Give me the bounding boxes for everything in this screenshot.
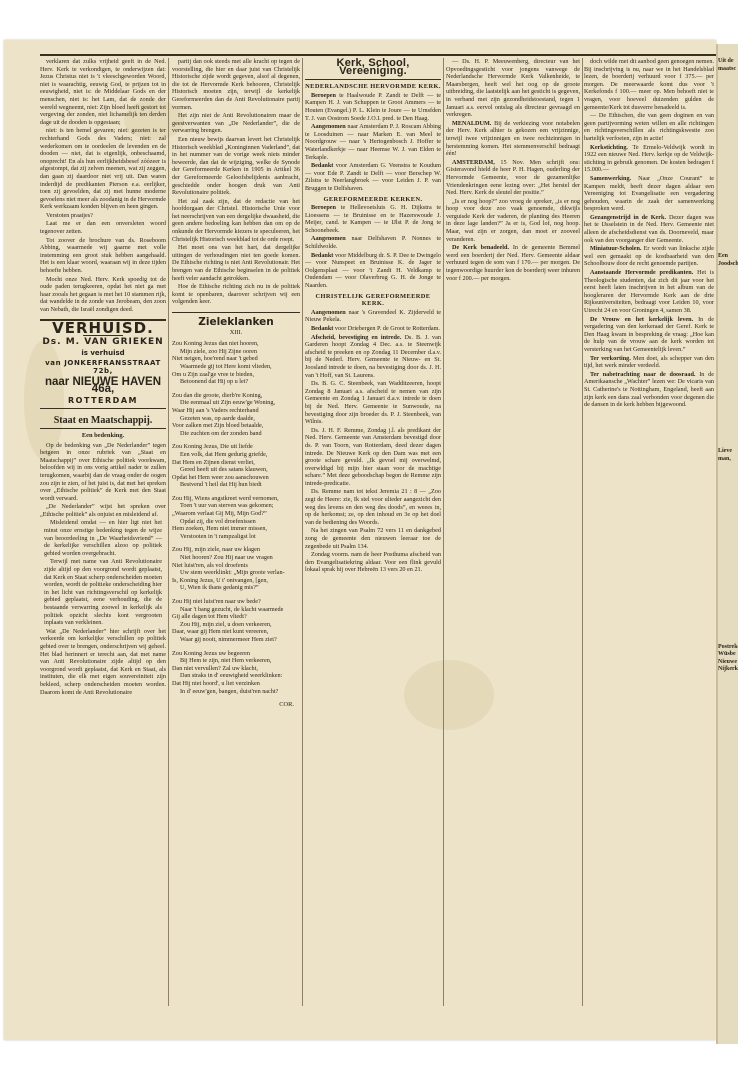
news-item: — Ds. H. P. Meeuwenberg, directeur van h… [446,58,580,119]
column-divider [443,58,444,1006]
poem-line: Naar 't bang gezucht, de klacht waarmede [172,606,300,614]
news-item-lead: Afscheid, bevestiging en intrede. [311,334,404,341]
poem-line: Gij alle dagen tot Hem vliedt? [172,613,300,621]
poem-stanza: Zou Hij niet luist'ren naar uw bede?Naar… [172,598,300,644]
news-item: Aangenomen naar Amsterdam P. J. Roscam A… [305,123,441,161]
poem-line: In d' eeuw'gen, bangen, duist'ren nacht? [172,688,300,696]
news-item-text: Ds. J. H. F. Remme, Zondag j.l. als pred… [305,427,441,487]
news-item-lead: Bedankt [311,162,336,169]
news-item: Kerkstichting. Te Ermelo-Veldwijk wordt … [584,144,714,174]
article-paragraph: Hoe de Ethische richting zich nu in de p… [172,283,300,306]
news-item: Samenwerking. Naar „Onze Courant” te Kam… [584,175,714,213]
poem-line: Zou Hij, mijn ziele, naar uw klagen [172,546,300,554]
adjacent-heading: Uit de maatsc [718,58,736,73]
news-item: Bedankt voor Amsterdam G. Veenstra te Ko… [305,162,441,192]
poem-line: Is, Koning Jezus, U t' ontvangen, [gen, [172,577,300,585]
poem-line: Verstooten in 't rampzaligst lot [172,533,300,541]
church-notices-1: Beroepen te Haalwoude P. Zandt te Delft … [305,92,441,193]
article-paragraph: Het moet ons van het hart, dat dergelijk… [172,244,300,282]
news-item-text: „Is er nog hoop?” zoo vroeg de spreker, … [446,198,580,243]
news-item-text: — Ds. H. P. Meeuwenberg, directeur van h… [446,58,580,118]
news-item: Miniatuur-Scholen. Er wordt van linksche… [584,245,714,268]
ad-city: ROTTERDAM [40,397,166,405]
news-item-lead: AMSTERDAM, [452,159,500,166]
column-4: — Ds. H. P. Meeuwenberg, directeur van h… [446,58,580,1006]
news-item-text: doch wilde met dit aanbod geen genoegen … [584,58,714,111]
poem-line: Zou Koning Jezus dan niet hooren, [172,340,300,348]
article-paragraph: Mocht onze Ned. Herv. Kerk spoedig tot d… [40,276,166,314]
news-items: doch wilde met dit aanbod geen genoegen … [584,58,714,409]
news-item: MENALDUM. Bij de verkiezing voor notabel… [446,120,580,158]
news-item: Ter nabetrachting naar de doosraad. In d… [584,371,714,409]
poem-line: Opdat zij, die vol droefenissen [172,518,300,526]
poem-line: Om u Zijn zaal'ge vree te bieden, [172,371,300,379]
news-item-lead: Aangenomen [311,309,348,316]
article-paragraph: Op de bedenking van „De Nederlander” teg… [40,442,166,503]
news-item-lead: Aangenomen [311,235,351,242]
poem-line: Mijn ziele, zoo Hij Zijne ooren [172,348,300,356]
column-2: partij dan ook steeds met alle kracht op… [172,58,300,1006]
poem-line: Zou Hij, mijn ziel, u doen verkeeren, [172,621,300,629]
adjacent-heading: Postrekening [718,644,736,652]
news-item: „Is er nog hoop?” zoo vroeg de spreker, … [446,198,580,244]
news-item: AMSTERDAM, 15 Nov. Men schrijft ons: Gis… [446,159,580,197]
poem-stanza: Zou dan die groote, dierb're Koning,Die … [172,392,300,438]
poem-line: Zou Koning Jezus uw begeeren [172,650,300,658]
poem-body: Zou Koning Jezus dan niet hooren,Mijn zi… [172,340,300,695]
poem-line: Zou Koning Jezus, Die uit liefde [172,443,300,451]
heading-gereformeerde-kerken: GEREFORMEERDE KERKEN. [305,196,441,204]
news-item-lead: Miniatuur-Scholen. [590,245,644,252]
adjacent-heading: Een Joodsch [718,253,736,268]
poem-stanza: Zou Koning Jezus uw begeerenBij Hem te z… [172,650,300,696]
poem-line: Dat Hem en Zijnen dienst verliet, [172,459,300,467]
article-subhead: Een bedenking. [40,432,166,440]
section-title-kerk: Kerk, School, Vereeniging. [305,58,441,80]
news-item: Bedankt voor Middelburg dr. S. P. Dee te… [305,252,441,290]
news-item: Ter verkorting. Men doet, als schepper v… [584,355,714,370]
news-item: Na het zingen van Psalm 72 vers 11 en da… [305,527,441,550]
news-item-lead: Ter verkorting. [590,355,633,362]
news-item-lead: Bedankt [311,325,335,332]
poem-line: Zou Hij niet luist'ren naar uw bede? [172,598,300,606]
poem-line: Gered heeft uit des satans klauwen, [172,466,300,474]
poem-line: Bij Hem te zijn, niet Hem verkeeren, [172,657,300,665]
news-item-lead: Beroepen [311,92,339,99]
news-item: Aangenomen naar Delfshaven P. Nonnes te … [305,235,441,250]
news-item-text: Ds. B. J. van Garderen hoopt Zondag 4 De… [305,334,441,379]
poem-line: Niet luist'ren, als vol droefenis [172,562,300,570]
news-item: Ds. Remme nam tot tekst Jeremia 21 : 8 —… [305,488,441,526]
news-item: Afscheid, bevestiging en intrede. Ds. B.… [305,334,441,380]
church-notices-3: Aangenomen naar 's Gravendeel K. Zijderv… [305,309,441,574]
poem-line: Hem zoeken, Hem niet immer missen, [172,525,300,533]
ad-line-1: is verhuisd [40,350,166,358]
article-paragraph: partij dan ook steeds met alle kracht op… [172,58,300,111]
ad-name: Ds. M. VAN GRIEKEN [40,339,166,347]
news-item-lead: De Vrouw en het kerkelijk leven. [590,316,698,323]
news-item: Aangenomen naar 's Gravendeel K. Zijderv… [305,309,441,324]
ad-line-3: naar NIEUWE HAVEN 46a, [40,379,166,394]
section-title-staat: Staat en Maatschappij. [40,414,166,429]
news-item: De Vrouw en het kerkelijk leven. In de v… [584,316,714,354]
news-item: — De Ethischen, die van geen doginen en … [584,112,714,142]
article-paragraph: Verstoten praatjes? [40,212,166,220]
poem-line: Zou Hij, Wiens angstkreet werd vernomen, [172,495,300,503]
news-item-lead: Bedankt [311,252,335,259]
poem-stanza: Zou Hij, Wiens angstkreet werd vernomen,… [172,495,300,541]
news-item-lead: Gezangenstrijd in de Kerk. [590,214,669,221]
news-item-text: voor Driebergen P. de Groot te Rotterdam… [335,325,440,332]
poem-stanza: Zou Koning Jezus, Die uit liefdeEen volk… [172,443,300,489]
news-item: doch wilde met dit aanbod geen genoegen … [584,58,714,111]
poem-line: Een volk, dat Hem gedurig griefde, [172,451,300,459]
article-quote: Terwijl met name van Anti Revolutionaire… [40,558,166,626]
news-item-text: Na het zingen van Psalm 72 vers 11 en da… [305,527,441,549]
ad-line-2: van JONKERFRANSSTRAAT 72b, [40,360,166,375]
poem-line: Zou dan die groote, dierb're Koning, [172,392,300,400]
news-item: Beroepen te Hellevoetsluis G. H. Dijkstr… [305,204,441,234]
article-paragraph: Tot zoover de brochure van ds. Roseboom … [40,237,166,275]
church-notices-2: Beroepen te Hellevoetsluis G. H. Dijkstr… [305,204,441,290]
poem-line: Die eenmaal uit Zijn eeuw'ge Woning, [172,399,300,407]
poem-line: Dat Hij niet hoord', u liet verzinken [172,680,300,688]
news-item-lead: Aanstaande Hervormde predikanten. [590,269,697,276]
news-item: Gezangenstrijd in de Kerk. Dezer dagen w… [584,214,714,244]
poem-title: Zieleklanken [172,312,300,327]
heading-hervormde-kerk: NEDERLANDSCHE HERVORMDE KERK. [305,83,441,91]
poem-line: Dan niet vervullen? Zal uw klacht, [172,665,300,673]
poem-line: Bestvend 't heil dat Hij hun biedt [172,481,300,489]
adjacent-footer: Nijkerk [718,666,736,674]
column-divider [168,58,169,1006]
poem-line: Opdat het Hem weer zou aanschouwen [172,474,300,482]
news-item: Bedankt voor Driebergen P. de Groot te R… [305,325,441,333]
adjacent-heading: Lieve man, [718,448,736,463]
column-divider [582,58,583,1006]
poem-line: Die zuchten om der zonden band [172,430,300,438]
poem-line: Uw stem weerklinkt: „Mijn groote verlan- [172,569,300,577]
newspaper-page: verklaren dat zulks vrijheid geeft in de… [4,40,716,1040]
poem-line: Daar, waar gij Hem niet kunt vereeren, [172,628,300,636]
poem-line: Dan straks in d' eeuwigheid weerklinken: [172,672,300,680]
poem-line: Waar Hij aan 's Vaders rechterhand [172,407,300,415]
column-3: Kerk, School, Vereeniging. NEDERLANDSCHE… [305,58,441,1006]
news-item-text: — De Ethischen, die van geen doginen en … [584,112,714,142]
news-item-text: Ds. Remme nam tot tekst Jeremia 21 : 8 —… [305,488,441,525]
article-paragraph: Een nieuw bewijs daarvan levert het Chri… [172,136,300,197]
article-paragraph: Laat me er dan een onversleten woord teg… [40,220,166,235]
column-5: doch wilde met dit aanbod geen genoegen … [584,58,714,1006]
poem-signature: COR. [172,701,300,709]
poem-stanza: Zou Hij, mijn ziele, naar uw klagenNiet … [172,546,300,592]
news-item: Ds. J. H. F. Remme, Zondag j.l. als pred… [305,427,441,488]
news-item-lead: De Kerk benadeeld. [452,244,513,251]
news-item-text: Het is Theologische studenten, dat zich … [584,269,714,314]
poem-number: XIII. [172,329,300,337]
heading-christelijk-gereformeerde: CHRISTELIJK GEREFORMEERDE KERK. [305,293,441,308]
article-paragraph: Het zijn niet de Anti Revolutionairen ma… [172,112,300,135]
article-paragraph: Wat „De Nederlander” hier schrijft over … [40,628,166,696]
article-quote: Misleidend omdat — en hier ligt niet het… [40,519,166,557]
article-paragraph: „De Nederlander” wijst het spreken over … [40,503,166,518]
news-item: Zondag voorm. nam de heer Posthuma afsch… [305,551,441,574]
adjacent-page-text: Uit de maatscEen JoodschLieve man,Postre… [716,44,738,1044]
news-item-lead: Aangenomen [311,123,347,130]
adjacent-footer: Nieuwe [718,659,736,667]
poem-line: Waarmede gij tot Here komt vlieden, [172,363,300,371]
column-1: verklaren dat zulks vrijheid geeft in de… [40,58,166,1006]
poem-line: „Waarom verlaat Gij Mij, Mijn God?” [172,510,300,518]
poem-stanza: Zou Koning Jezus dan niet hooren,Mijn zi… [172,340,300,386]
poem-line: Voor zalken met Zijn bloed betaalde, [172,422,300,430]
news-item: De Kerk benadeeld. In de gemeente Bemmel… [446,244,580,282]
news-item-lead: Ter nabetrachting naar de doosraad. [590,371,699,378]
news-item-lead: Samenwerking. [590,175,638,182]
article-paragraph: niet: is ten hemel gevaren; niet: gezete… [40,127,166,211]
news-item: Aanstaande Hervormde predikanten. Het is… [584,269,714,315]
moving-advertisement: VERHUISD. Ds. M. VAN GRIEKEN is verhuisd… [40,319,166,410]
news-item-lead: Kerkstichting. [590,144,633,151]
article-paragraph: Het zal zaak zijn, dat de redactie van h… [172,198,300,244]
poem-line: Niet hooren? Zou Hij naar uw vragen [172,554,300,562]
poem-line: Betoonend dat Hij op u let? [172,378,300,386]
poem-line: U, Wien ik thans gedanig mis?” [172,584,300,592]
top-rule [40,54,716,56]
news-item-lead: Beroepen [311,204,341,211]
column-divider [302,58,303,1006]
adjacent-footer: Wüsbe [718,651,736,659]
news-item: Beroepen te Haalwoude P. Zandt te Delft … [305,92,441,122]
article-paragraph: verklaren dat zulks vrijheid geeft in de… [40,58,166,126]
news-item-lead: MENALDUM. [452,120,494,127]
news-items: — Ds. H. P. Meeuwenberg, directeur van h… [446,58,580,282]
poem-line: Gezeten was, op aarde daalde, [172,415,300,423]
poem-line: Toen 't uur van sterven was gekomen; [172,502,300,510]
news-item-text: Zondag voorm. nam de heer Posthuma afsch… [305,551,441,573]
poem-line: Waar gij nooit, nimmermeer Hem ziet? [172,636,300,644]
news-item-text: Ds. B. G. C. Steenbeek, van Wadditzeeren… [305,380,441,425]
ad-headline: VERHUISD. [40,325,166,333]
poem-line: Niet neigen, hoe'rend naar 't gebed [172,355,300,363]
news-item: Ds. B. G. C. Steenbeek, van Wadditzeeren… [305,380,441,426]
